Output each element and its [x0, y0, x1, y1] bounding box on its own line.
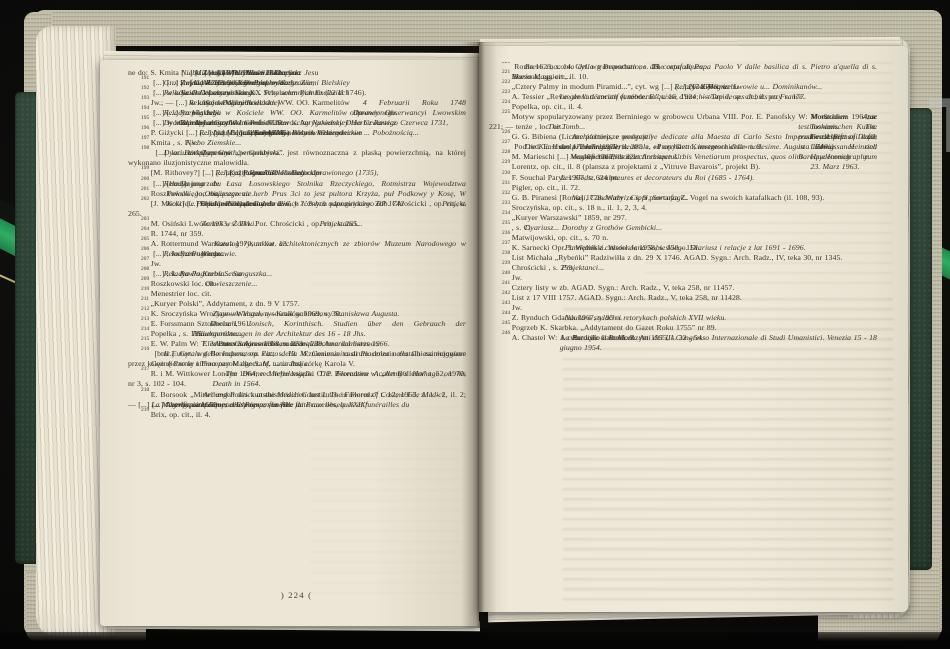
- footnote-number: 197: [141, 135, 149, 141]
- footnote-222: 222„Cztery Palmy in modum Piramid...”, c…: [489, 82, 877, 92]
- footnote-204: 204R. 1744, nr 359.: [128, 229, 466, 239]
- footnote-number: 230: [502, 170, 510, 176]
- footnote-number: 235: [502, 220, 510, 226]
- footnote-number: 226: [502, 129, 510, 135]
- page-number: ) 224 (: [114, 590, 479, 600]
- footnote-number: 202: [141, 196, 149, 202]
- footnote-225: 225Motyw spopularyzowany przez Berninieg…: [489, 112, 877, 132]
- footnote-number: 191: [141, 75, 149, 81]
- footnote-223: 223A. Tessier Le genre décoratif funèbre…: [489, 92, 877, 102]
- footnote-number: 209: [141, 276, 149, 282]
- footnote-number: 203: [141, 216, 149, 222]
- footnote-226: 226G. G. Bibiena Architettura, e prospet…: [489, 132, 877, 142]
- footnote-234: 234„Kuryer Warszawski” 1859, nr 297.: [489, 213, 877, 223]
- footnote-number: 239: [502, 260, 510, 266]
- footnote-number: 238: [502, 250, 510, 256]
- footnote-number: 201: [141, 186, 149, 192]
- footnote-number: 195: [141, 115, 149, 121]
- footnote-number: 222: [502, 79, 510, 85]
- footnote-244: 244Z. Rynduch Nauka o stylach i retoryka…: [489, 313, 877, 323]
- footnote-number: 210: [141, 286, 149, 292]
- footnote-number: 221: [502, 69, 510, 75]
- footnote-200: 200Relacya pogrzebu [...] Trojana de Łas…: [128, 179, 466, 189]
- footnote-233: 233Sroczyńska, op. cit., s. 18 n., il. 1…: [489, 203, 877, 213]
- footnote-number: 243: [502, 300, 510, 306]
- footnote-217: 217R. i M. Wittkower The Divine Michelan…: [128, 369, 466, 389]
- footnote-number: 220: [502, 62, 510, 65]
- footnote-224: 224Popelka, op. cit., il. 4.: [489, 102, 877, 112]
- right-page: 220Breve racconto della transportatione …: [479, 46, 908, 612]
- footnote-number: 200: [141, 176, 149, 182]
- footnote-216: 216Il Funerale dello Imperatora Fatto de…: [128, 349, 466, 369]
- footnote-number: 233: [502, 200, 510, 206]
- footnote-210: 210Menestrier loc. cit.: [128, 289, 466, 299]
- footnote-203: 203M. Osiński Zamek w Żółkwi. Lwów 1933,…: [128, 219, 466, 229]
- footnote-242: 242List z 17 VIII 1757. AGAD. Sygn.: Arc…: [489, 293, 877, 303]
- footnote-193: 193Jw.; — Relacya z Pogrzebu [...] Wojew…: [128, 98, 466, 108]
- footnote-number: 194: [141, 105, 149, 111]
- footnote-number: 205: [141, 236, 149, 242]
- left-footnote-list: 191Grot Zwycięski Herbowego Proporca [..…: [128, 78, 466, 420]
- footnote-number: 219: [141, 407, 149, 413]
- footnote-245: 245Pogrzeb K. Skarbka. „Addytament do Ga…: [489, 323, 877, 333]
- footnote-195: 195Dyariusz Apparencyi [...] Dorothy z G…: [128, 118, 466, 128]
- footnote-number: 196: [141, 125, 149, 131]
- footnote-number: 193: [141, 95, 149, 101]
- footnote-number: 229: [502, 159, 510, 165]
- footnote-number: 244: [502, 310, 510, 316]
- footnote-number: 215: [141, 336, 149, 342]
- footnote-218: 218E. Borsook Art and Politics at the Me…: [128, 390, 466, 410]
- footnote-197: 197Kmita Niebo Ziemskie..., s. F₁v.: [128, 138, 466, 148]
- table-surface: [0, 632, 950, 649]
- continuation-paragraph: ne do: S. Kmita Niebo Ziemskie [...] Mik…: [128, 68, 466, 78]
- footnote-number: 206: [141, 246, 149, 252]
- footnote-number: 216: [141, 346, 149, 352]
- footnote-number: 227: [502, 139, 510, 145]
- footnote-191: 191Grot Zwycięski Herbowego Proporca [..…: [128, 78, 466, 88]
- footnote-number: 240: [502, 270, 510, 276]
- footnote-211: 211„Kuryer Polski”, Addytament, z dn. 9 …: [128, 299, 466, 309]
- footnote-194: 194Relacya pogrzebu [...] Rzewuskiego [.…: [128, 108, 466, 118]
- right-footnote-list: 220Breve racconto della transportatione …: [489, 62, 877, 343]
- book-scan-scene: T ne do: S. Kmita Niebo Ziemskie [...] M…: [0, 0, 950, 649]
- footnote-240: 240Jw.: [489, 273, 877, 283]
- footnote-196: 196P. Giżycki Relecya [...] Aktu Pogrzeb…: [128, 128, 466, 138]
- footnote-241: 241Cztery listy w zb. AGAD. Sygn.: Arch.…: [489, 283, 877, 293]
- footnote-231: 231Pigler, op. cit., il. 72.: [489, 183, 877, 193]
- footnote-number: 237: [502, 240, 510, 246]
- footnote-number: 231: [502, 180, 510, 186]
- footnote-number: 245: [502, 320, 510, 326]
- footnote-number: 204: [141, 226, 149, 232]
- footnote-number: 198: [141, 145, 149, 151]
- footnote-number: 241: [502, 280, 510, 286]
- footnote-209: 209Roszkowski Obwieszczenie... loc. cit.: [128, 279, 466, 289]
- footnote-205: 205A. Rottermund Katalog rysunków archit…: [128, 239, 466, 249]
- footnote-208: 208Relacya Pogrzebu Serca [...] Pawła Ka…: [128, 269, 466, 279]
- footnote-213: 213E. Forssmann Dorisch, Jonisch, Korint…: [128, 319, 466, 329]
- footnote-number: 234: [502, 210, 510, 216]
- footnote-number: 232: [502, 190, 510, 196]
- footnote-235: 235Dyariusz... Dorothy z Grothów Gembick…: [489, 223, 877, 233]
- footnote-number: 214: [141, 326, 149, 332]
- footnote-number: 212: [141, 306, 149, 312]
- footnote-number: 207: [141, 256, 149, 262]
- footnote-number: 218: [141, 387, 149, 393]
- footnote-number: 225: [502, 109, 510, 115]
- right-page-text-column: 220Breve racconto della transportatione …: [489, 62, 877, 592]
- footnote-number: 213: [141, 316, 149, 322]
- footnote-237: 237K. Sarnecki Pamiętnik z czasów Jana S…: [489, 243, 877, 253]
- footnote-246: 246A. Chastel La Baroque et la Mort. W: …: [489, 333, 877, 343]
- footnote-230: 230F. Souchal Les Slodtz, sculpteures et…: [489, 173, 877, 183]
- footnote-199: 199[M. Rithovey?] Relacya Pogrzebu [...]…: [128, 168, 466, 178]
- footnote-number: 192: [141, 85, 149, 91]
- background-letter: T: [928, 86, 950, 164]
- footnote-number: 223: [502, 89, 510, 95]
- footnote-215: 215E. W. Palm Elementos Salomonicos en l…: [128, 339, 466, 349]
- footnote-219: 219Brix, op. cit., il. 4.: [128, 410, 466, 420]
- footnote-212: 212K. Sroczyńska Zygmunt Vogel, rysownik…: [128, 309, 466, 319]
- footnote-220: 220Breve racconto della transportatione …: [489, 62, 877, 72]
- footnote-232: 232G. B. Piranesi Vasi, Candelabri, Cipp…: [489, 193, 877, 203]
- footnote-192: 192Relacya O Depozycyi Serca [...] Teodo…: [128, 88, 466, 98]
- footnote-236: 236Matwijowski, op. cit., s. 70 n.: [489, 233, 877, 243]
- footnote-239: 239Chrościcki Projektanci..., s. 259.: [489, 263, 877, 273]
- footnote-207: 207Jw.: [128, 259, 466, 269]
- footnote-number: 228: [502, 149, 510, 155]
- footnote-243: 243Jw.: [489, 303, 877, 313]
- footnote-number: 224: [502, 99, 510, 105]
- footnote-number: 208: [141, 266, 149, 272]
- footnote-198: 198Dyariusz Apparencyi [...] Dorothy z G…: [128, 148, 466, 168]
- footnote-number: 242: [502, 290, 510, 296]
- footnote-number: 211: [141, 296, 149, 302]
- footnote-number: 246: [502, 330, 510, 336]
- left-page-text-column: ne do: S. Kmita Niebo Ziemskie [...] Mik…: [128, 68, 466, 590]
- footnote-number: 217: [141, 366, 149, 372]
- footnote-number: 199: [141, 165, 149, 171]
- footnote-238: 238List Michała „Rybeńki” Radziwiłła z d…: [489, 253, 877, 263]
- footnote-number: 236: [502, 230, 510, 236]
- left-page: ne do: S. Kmita Niebo Ziemskie [...] Mik…: [100, 60, 479, 626]
